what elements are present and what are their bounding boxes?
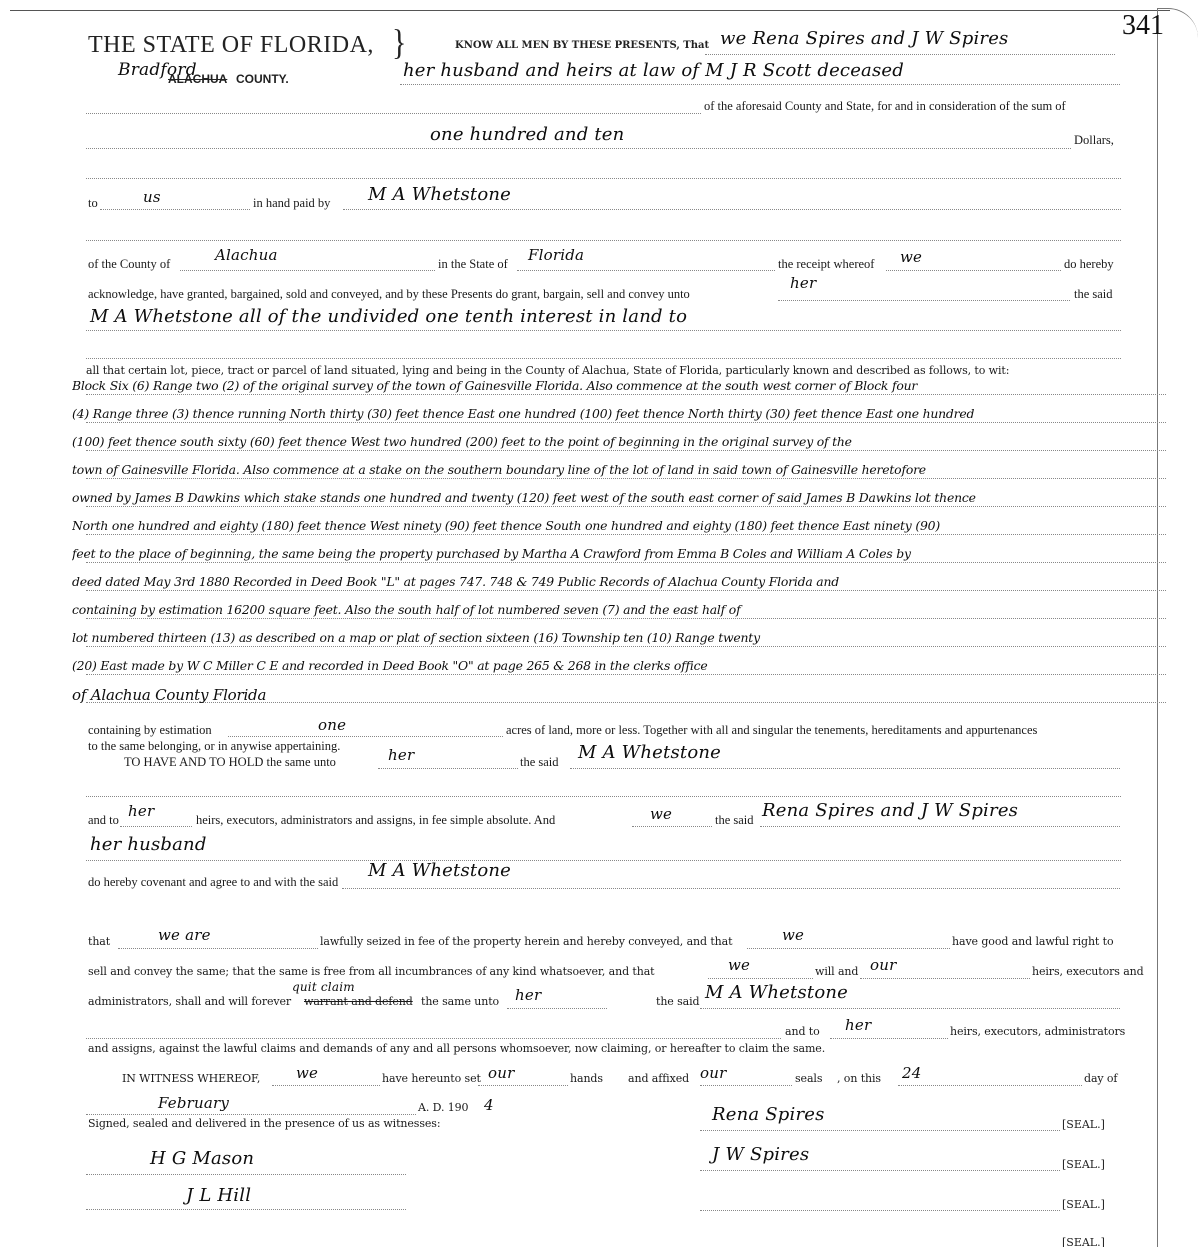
- seized-value: we: [782, 926, 804, 944]
- witness-signature: H G Mason: [150, 1148, 254, 1169]
- grantee-interest: M A Whetstone all of the undivided one t…: [90, 306, 687, 327]
- description-line: of Alachua County Florida: [72, 686, 1162, 704]
- top-border: [10, 10, 1170, 11]
- witness-value: we: [296, 1064, 318, 1082]
- the-said-label: the said: [1074, 287, 1113, 302]
- seal-mark: [SEAL.]: [1062, 1158, 1105, 1171]
- hereunto-set-label: have hereunto set: [382, 1072, 481, 1085]
- habendum-the-said: the said: [520, 755, 559, 770]
- county-label: COUNTY.: [236, 72, 289, 86]
- signer-signature: J W Spires: [712, 1144, 809, 1165]
- receipt-label: the receipt whereof: [778, 257, 874, 272]
- description-line: (4) Range three (3) thence running North…: [72, 406, 1162, 421]
- state-of-label: in the State of: [438, 257, 508, 272]
- state-heading: THE STATE OF FLORIDA,: [88, 32, 374, 59]
- description-line: town of Gainesville Florida. Also commen…: [72, 462, 1162, 477]
- dollars-label: Dollars,: [1074, 133, 1114, 148]
- ad-label: A. D. 190: [418, 1101, 468, 1114]
- to-value: us: [143, 188, 161, 206]
- signed-sealed-text: Signed, sealed and delivered in the pres…: [88, 1117, 440, 1130]
- year-digit: 4: [484, 1096, 494, 1114]
- state-of-value: Florida: [528, 246, 584, 264]
- sell-value: we: [728, 956, 750, 974]
- day-value: 24: [902, 1064, 922, 1082]
- do-hereby: do hereby: [1064, 257, 1114, 272]
- know-all-men-text: KNOW ALL MEN BY THESE PRESENTS, That: [455, 40, 709, 51]
- habendum-unto-value: her: [388, 746, 414, 764]
- heirs-exec-text: heirs, executors and: [1032, 965, 1144, 978]
- receipt-value: we: [900, 248, 922, 266]
- signer-signature: Rena Spires: [712, 1104, 825, 1125]
- description-line: owned by James B Dawkins which stake sta…: [72, 490, 1162, 505]
- county-of-value: Alachua: [215, 246, 278, 264]
- assigns-text: and assigns, against the lawful claims a…: [88, 1042, 825, 1055]
- admin-text: administrators, shall and will forever: [88, 995, 291, 1008]
- brace: }: [392, 23, 406, 64]
- affixed-label: and affixed: [628, 1072, 689, 1085]
- that-label: that: [88, 935, 110, 948]
- inserted-quit-claim: quit claim: [292, 980, 355, 994]
- heirs-text: heirs, executors, administrators and ass…: [196, 813, 555, 828]
- paid-by-label: in hand paid by: [253, 196, 330, 211]
- paid-by-value: M A Whetstone: [368, 184, 511, 205]
- will-and-label: will and: [815, 965, 858, 978]
- seized-text: lawfully seized in fee of the property h…: [320, 935, 732, 948]
- witness-signature: J L Hill: [186, 1185, 251, 1206]
- covenant-value: M A Whetstone: [368, 860, 511, 881]
- habendum-grantee: M A Whetstone: [578, 742, 721, 763]
- description-line: (100) feet thence south sixty (60) feet …: [72, 434, 1162, 449]
- to-have-label: TO HAVE AND TO HOLD the same unto: [124, 755, 336, 770]
- description-line: lot numbered thirteen (13) as described …: [72, 630, 1162, 645]
- same-unto-value: her: [515, 986, 541, 1004]
- containing-value: one: [318, 716, 346, 734]
- month-value: February: [158, 1094, 229, 1112]
- will-value: our: [870, 956, 896, 974]
- description-line: North one hundred and eighty (180) feet …: [72, 518, 1162, 533]
- to-label: to: [88, 196, 98, 211]
- habendum-grantors-2: her husband: [90, 834, 207, 855]
- witness-whereof-label: IN WITNESS WHEREOF,: [122, 1072, 260, 1085]
- habendum-the-said-2: the said: [715, 813, 754, 828]
- description-line: deed dated May 3rd 1880 Recorded in Deed…: [72, 574, 1162, 589]
- description-line: (20) East made by W C Miller C E and rec…: [72, 658, 1162, 673]
- heirs-admin-text: heirs, executors, administrators: [950, 1025, 1125, 1038]
- covenant-label: do hereby covenant and agree to and with…: [88, 875, 338, 890]
- struck-warrant-defend: warrant and defend: [304, 995, 413, 1008]
- on-this-label: , on this: [837, 1072, 881, 1085]
- county-printed-struck: ALACHUA: [168, 72, 227, 86]
- day-of-label: day of: [1084, 1072, 1117, 1085]
- convey-unto-value: her: [790, 274, 816, 292]
- habendum-grantors-1: Rena Spires and J W Spires: [762, 800, 1018, 821]
- same-unto-label: the same unto: [421, 995, 499, 1008]
- seal-mark: [SEAL.]: [1062, 1236, 1105, 1247]
- description-line: feet to the place of beginning, the same…: [72, 546, 1162, 561]
- description-intro: all that certain lot, piece, tract or pa…: [86, 364, 1009, 377]
- hand-label: hands: [570, 1072, 603, 1085]
- deed-page: THE STATE OF FLORIDA, } Bradford ALACHUA…: [0, 0, 1200, 1247]
- county-of-label: of the County of: [88, 257, 170, 272]
- warranty-the-said: the said: [656, 995, 699, 1008]
- description-line: Block Six (6) Range two (2) of the origi…: [72, 378, 1162, 393]
- affixed-value: our: [700, 1064, 726, 1082]
- sell-text: sell and convey the same; that the same …: [88, 965, 655, 978]
- seal-mark: [SEAL.]: [1062, 1118, 1105, 1131]
- grantors-field-1: we Rena Spires and J W Spires: [720, 28, 1009, 49]
- description-line: containing by estimation 16200 square fe…: [72, 602, 1162, 617]
- warranty-grantee: M A Whetstone: [705, 982, 848, 1003]
- warranty-and-to: and to: [785, 1025, 820, 1038]
- and-value: we: [650, 805, 672, 823]
- right-border: [1157, 8, 1198, 1247]
- acres-text: acres of land, more or less. Together wi…: [506, 723, 1037, 738]
- that-value: we are: [158, 926, 211, 944]
- and-to-label: and to: [88, 813, 119, 828]
- and-to-value: her: [128, 802, 154, 820]
- containing-label: containing by estimation: [88, 723, 212, 738]
- page-number: 341: [1122, 10, 1164, 42]
- consideration-amount: one hundred and ten: [430, 124, 624, 145]
- grantors-field-2: her husband and heirs at law of M J R Sc…: [403, 60, 904, 81]
- seal-mark: [SEAL.]: [1062, 1198, 1105, 1211]
- right-text: have good and lawful right to: [952, 935, 1114, 948]
- set-value: our: [488, 1064, 514, 1082]
- warranty-and-to-value: her: [845, 1016, 871, 1034]
- seal-label: seals: [795, 1072, 822, 1085]
- belonging-text: to the same belonging, or in anywise app…: [88, 739, 340, 754]
- acknowledge-text: acknowledge, have granted, bargained, so…: [88, 287, 690, 302]
- aforesaid-text: of the aforesaid County and State, for a…: [704, 99, 1066, 114]
